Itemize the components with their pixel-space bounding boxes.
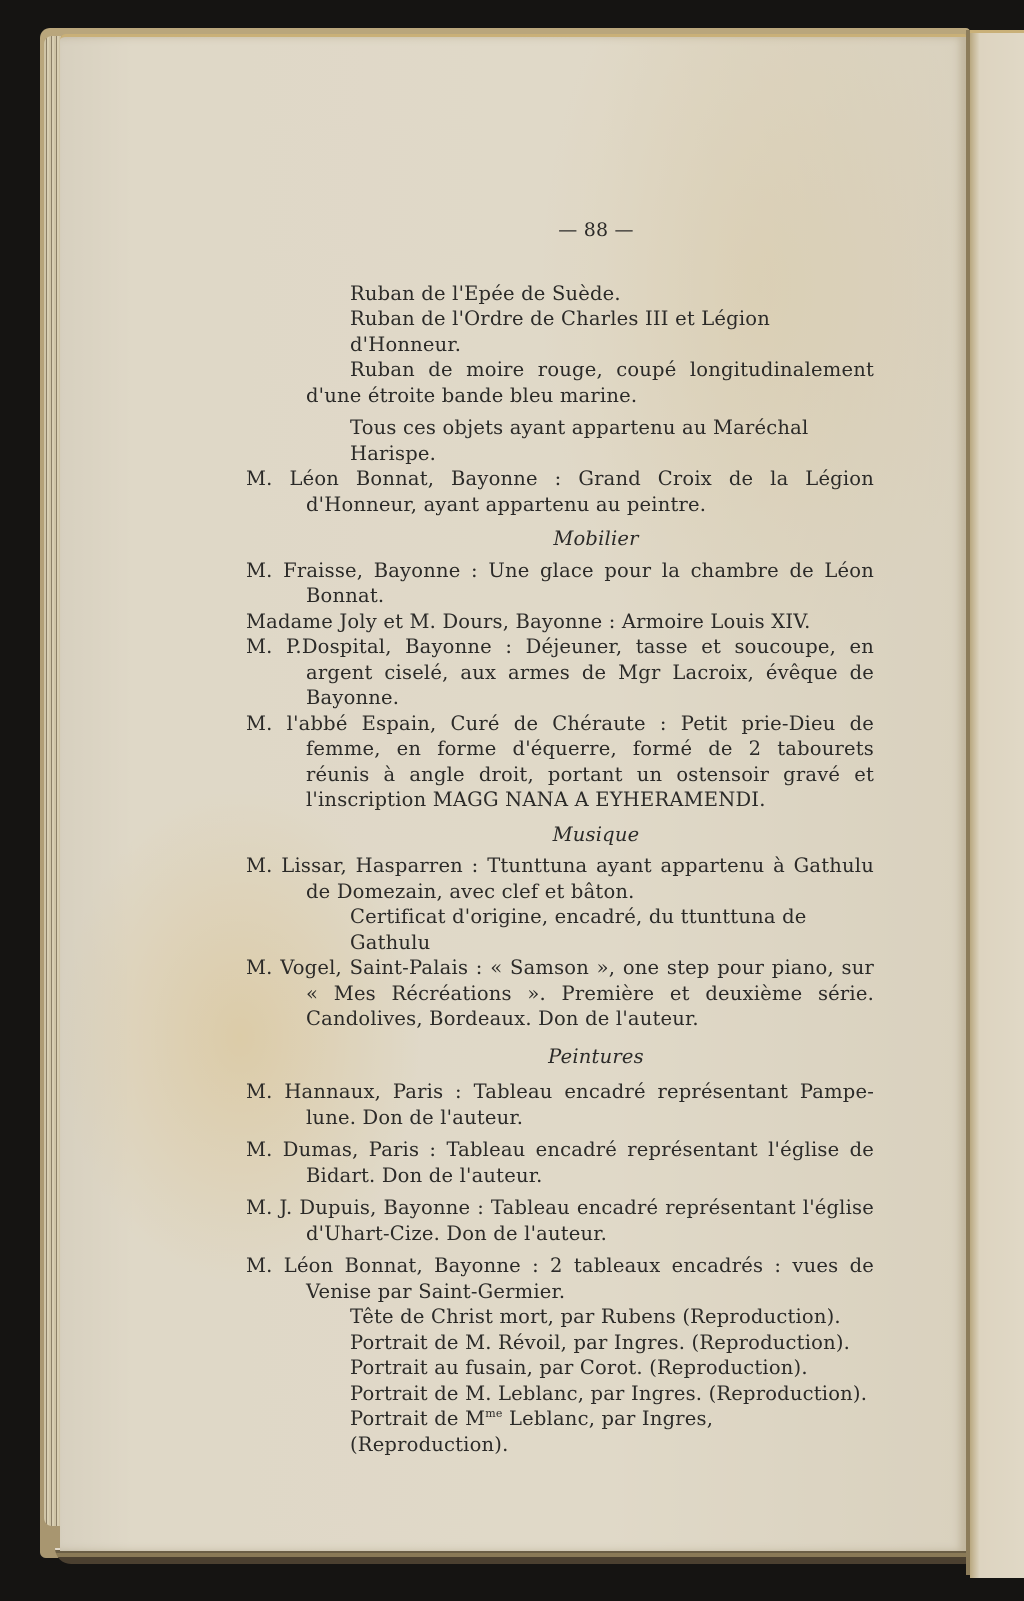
- donation-entry: M. Hannaux, Paris : Tableau encadré repr…: [246, 1079, 874, 1130]
- donation-entry: M. l'abbé Espain, Curé de Chéraute : Pet…: [246, 711, 874, 813]
- donation-entry: M. Dumas, Paris : Tableau encadré représ…: [246, 1137, 874, 1188]
- text-line: Portrait au fusain, par Corot. (Reproduc…: [246, 1355, 874, 1381]
- text-line: Certificat d'origine, encadré, du ttuntt…: [246, 904, 874, 955]
- donation-entry: Madame Joly et M. Dours, Bayonne : Armoi…: [246, 609, 874, 635]
- text-line: Tête de Christ mort, par Rubens (Reprodu…: [246, 1304, 874, 1330]
- text-line: Ruban de l'Ordre de Charles III et Légio…: [246, 306, 874, 357]
- facing-page-edge: [970, 30, 1024, 1578]
- text-line: Portrait de M. Leblanc, par Ingres. (Rep…: [246, 1381, 874, 1407]
- text-line: Ruban de moire rouge, coupé longitudinal…: [246, 357, 874, 383]
- donation-entry: M. J. Dupuis, Bayonne : Tableau encadré …: [246, 1195, 874, 1246]
- donation-entry: M. Lissar, Hasparren : Ttunttuna ayant a…: [246, 853, 874, 904]
- text-line: d'une étroite bande bleu marine.: [246, 383, 874, 409]
- text-line: Portrait de M. Révoil, par Ingres. (Repr…: [246, 1330, 874, 1356]
- text-line: Portrait de Mme Leblanc, par Ingres, (Re…: [246, 1406, 874, 1457]
- text-fragment: Portrait de M: [350, 1407, 485, 1430]
- section-heading-musique: Musique: [318, 822, 874, 848]
- donation-entry: M. Léon Bonnat, Bayonne : Grand Croix de…: [246, 466, 874, 517]
- donation-entry: M. Fraisse, Bayonne : Une glace pour la …: [246, 558, 874, 609]
- page-number: — 88 —: [318, 218, 874, 244]
- section-heading-mobilier: Mobilier: [318, 526, 874, 552]
- donation-entry: M. P.Dospital, Bayonne : Déjeuner, tasse…: [246, 634, 874, 711]
- donation-entry: M. Léon Bonnat, Bayonne : 2 tableaux enc…: [246, 1253, 874, 1304]
- donation-entry: M. Vogel, Saint-Palais : « Samson », one…: [246, 955, 874, 1032]
- text-line: Tous ces objets ayant appartenu au Maréc…: [246, 415, 874, 466]
- page-text: — 88 — Ruban de l'Epée de Suède. Ruban d…: [246, 218, 874, 1457]
- superscript: me: [485, 1407, 502, 1420]
- section-heading-peintures: Peintures: [318, 1044, 874, 1070]
- text-line: Ruban de l'Epée de Suède.: [246, 281, 874, 307]
